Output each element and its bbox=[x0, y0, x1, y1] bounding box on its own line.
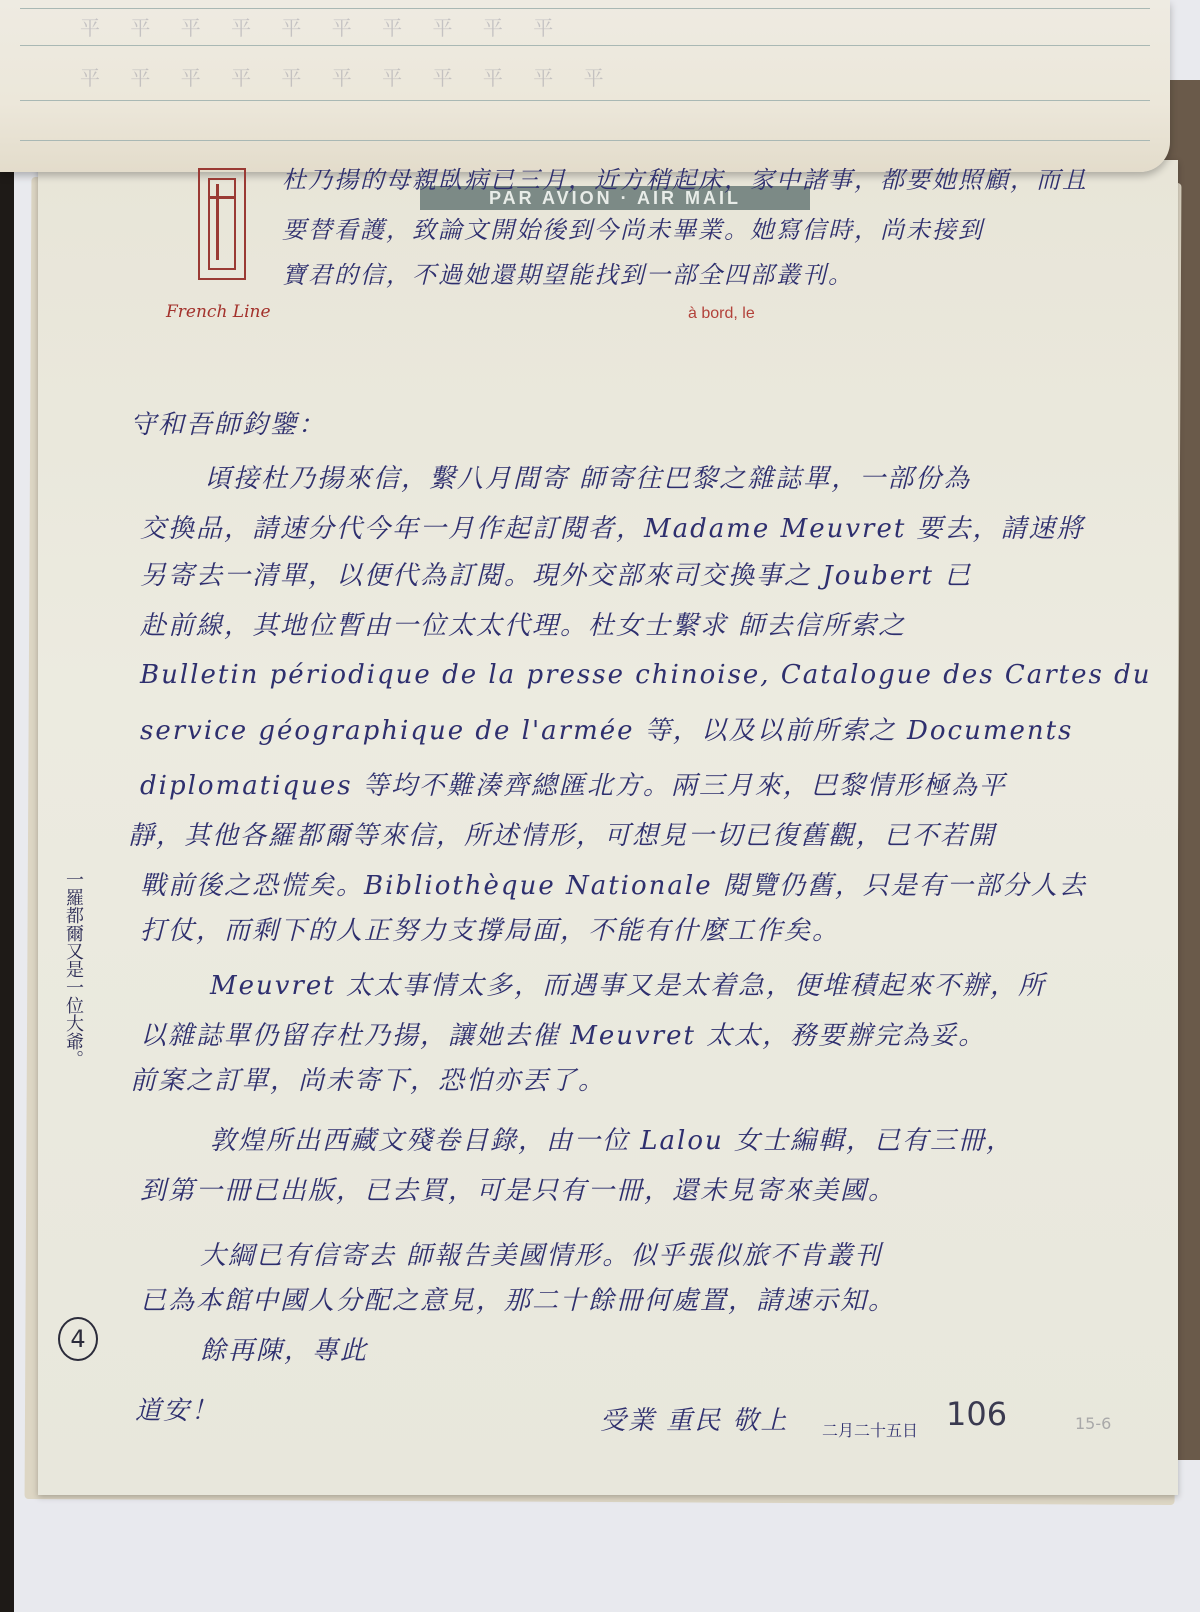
signature: 受業 重民 敬上 bbox=[600, 1400, 789, 1437]
body-line: 另寄去一清單，以便代為訂閱。現外交部來司交換事之 Joubert 已 bbox=[140, 555, 972, 592]
bleed-through-text: 平 平 平 平 平 平 平 平 平 平 平 bbox=[80, 62, 616, 91]
ruled-line bbox=[20, 100, 1150, 101]
margin-note: 一羅都爾又是一位大爺。 bbox=[62, 870, 84, 1068]
body-line: 以雜誌單仍留存杜乃揚，讓她去催 Meuvret 太太，務要辦完為妥。 bbox=[140, 1015, 986, 1052]
logo-frame bbox=[208, 178, 236, 270]
ruled-line bbox=[20, 140, 1150, 141]
salutation: 守和吾師鈞鑒： bbox=[130, 404, 326, 441]
bleed-through-text: 平 平 平 平 平 平 平 平 平 平 bbox=[80, 12, 565, 41]
postscript-line: 寶君的信，不過她還期望能找到一部全四部叢刊。 bbox=[282, 255, 854, 290]
closing-greeting: 道安！ bbox=[135, 1390, 219, 1427]
body-line: Bulletin périodique de la presse chinois… bbox=[140, 660, 1151, 690]
letter-date: 二月二十五日 bbox=[822, 1418, 918, 1441]
body-line: Meuvret 太太事情太多，而遇事又是太着急，便堆積起來不辦，所 bbox=[210, 965, 1046, 1002]
body-line: 前案之訂單，尚未寄下，恐怕亦丟了。 bbox=[130, 1060, 606, 1097]
body-line: diplomatiques 等均不難湊齊總匯北方。兩三月來，巴黎情形極為平 bbox=[140, 765, 1007, 802]
page-number: 106 bbox=[946, 1395, 1007, 1433]
postscript-line: 要替看護，致論文開始後到今尚未畢業。她寫信時，尚未接到 bbox=[282, 210, 984, 245]
body-line: 頃接杜乃揚來信，繫八月間寄 師寄往巴黎之雜誌單，一部份為 bbox=[205, 458, 971, 495]
body-line: 交換品，請速分代今年一月作起訂閱者，Madame Meuvret 要去，請速將 bbox=[140, 508, 1085, 545]
ruled-line bbox=[20, 8, 1150, 9]
postscript-line: 杜乃揚的母親臥病已三月，近方稍起床，家中諸事，都要她照顧，而且 bbox=[282, 160, 1088, 195]
background-edge bbox=[0, 0, 14, 1612]
body-line: 赴前線，其地位暫由一位太太代理。杜女士繫求 師去信所索之 bbox=[140, 605, 906, 642]
ruled-line bbox=[20, 45, 1150, 46]
brand-name: French Line bbox=[166, 302, 271, 322]
body-line: 已為本館中國人分配之意見，那二十餘冊何處置，請速示知。 bbox=[140, 1280, 896, 1317]
logo-stroke bbox=[208, 196, 234, 199]
body-line: 靜，其他各羅都爾等來信，所述情形，可想見一切已復舊觀，已不若開 bbox=[128, 815, 996, 852]
body-line: 大綱已有信寄去 師報告美國情形。似乎張似旅不肯叢刊 bbox=[200, 1235, 882, 1272]
body-line: 敦煌所出西藏文殘卷目錄，由一位 Lalou 女士編輯，已有三冊， bbox=[210, 1120, 1014, 1157]
pencil-mark: 15-6 bbox=[1075, 1414, 1111, 1433]
body-line: service géographique de l'armée 等，以及以前所索… bbox=[140, 710, 1073, 747]
circled-number: 4 bbox=[58, 1317, 98, 1361]
aboard-label: à bord, le bbox=[688, 305, 755, 323]
body-line: 到第一冊已出版，已去買，可是只有一冊，還未見寄來美國。 bbox=[140, 1170, 896, 1207]
body-line: 打仗，而剩下的人正努力支撐局面，不能有什麼工作矣。 bbox=[140, 910, 840, 947]
background-sheet bbox=[14, 1500, 1200, 1612]
body-line: 戰前後之恐慌矣。Bibliothèque Nationale 閱覽仍舊，只是有一… bbox=[140, 865, 1087, 902]
closing-line: 餘再陳，專此 bbox=[200, 1330, 368, 1367]
cgt-monogram-logo bbox=[198, 168, 246, 280]
folded-previous-page: 平 平 平 平 平 平 平 平 平 平 平 平 平 平 平 平 平 平 平 平 … bbox=[0, 0, 1170, 172]
